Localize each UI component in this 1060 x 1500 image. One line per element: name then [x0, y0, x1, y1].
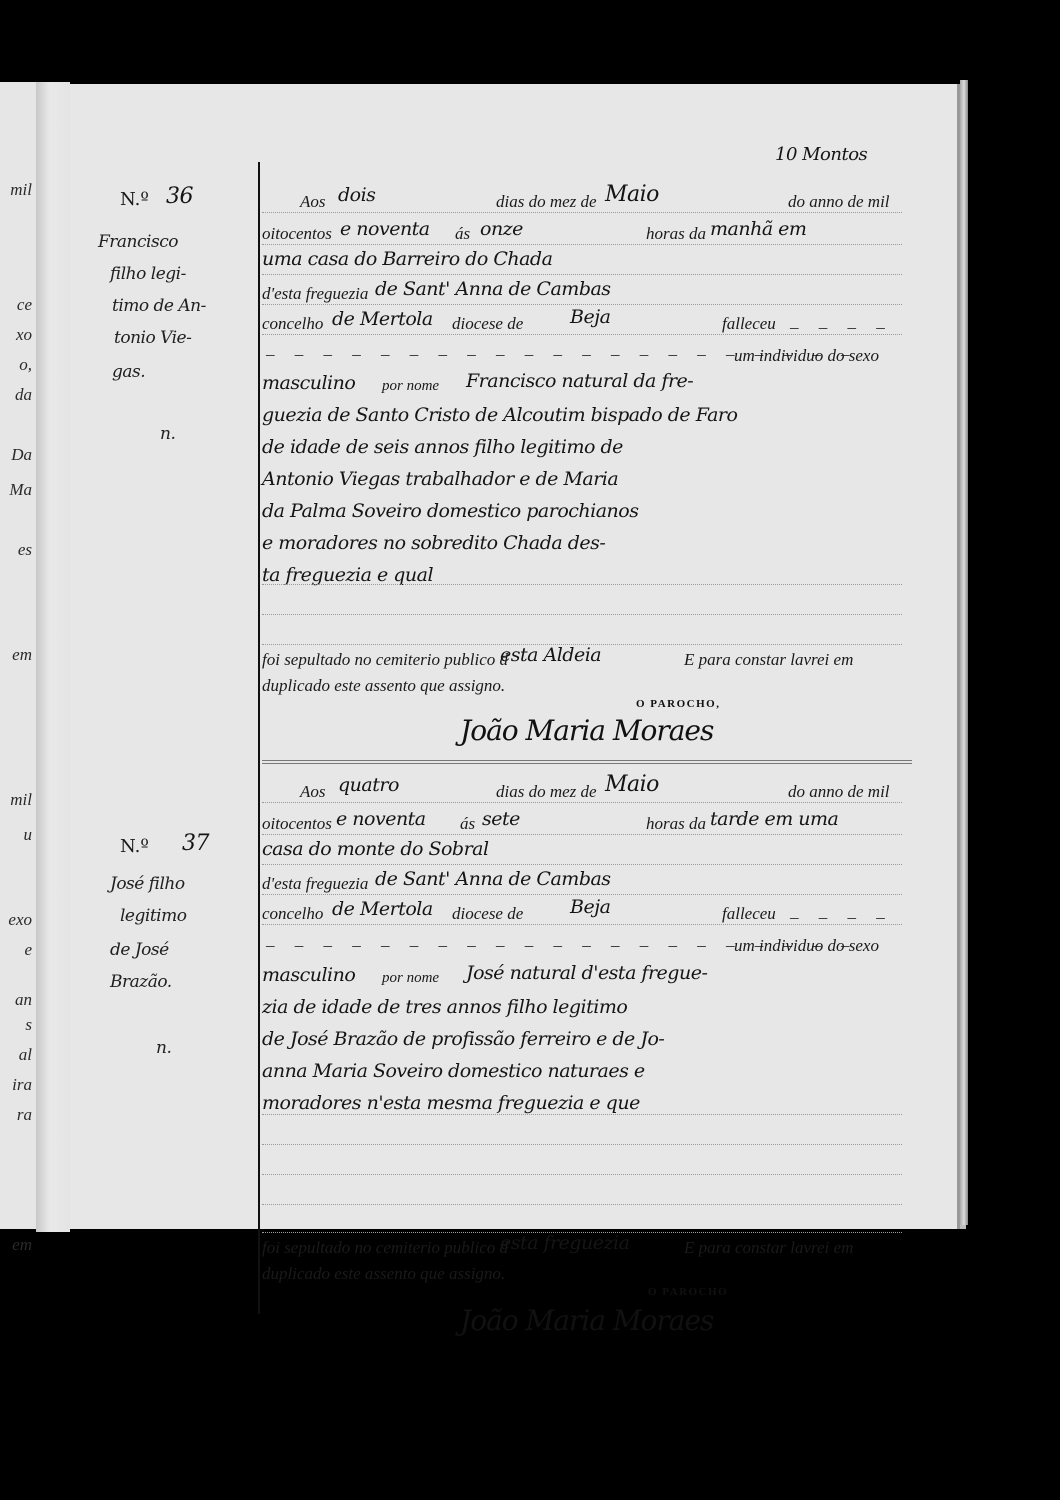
- left-page-fragment: mil: [10, 790, 32, 810]
- field-place: uma casa do Barreiro do Chada: [262, 248, 552, 270]
- margin-note-line: gas.: [112, 362, 145, 382]
- left-page-fragment: Ma: [9, 480, 32, 500]
- margin-note-line: legitimo: [120, 906, 186, 926]
- field-day: dois: [338, 184, 375, 206]
- ruled-line: [262, 864, 902, 865]
- ruled-line: [262, 274, 902, 275]
- ruled-line: [262, 212, 902, 213]
- left-facing-page: milcexoo,daDaMaesemmiluexoeansaliraraem: [0, 82, 37, 1229]
- entry-number-label: N.º: [120, 189, 149, 210]
- left-page-fragment: o,: [19, 355, 32, 375]
- left-page-fragment: em: [12, 645, 32, 665]
- printed-aos: Aos: [300, 782, 326, 802]
- register-page: 10 Montos N.º 36 Francisco filho legi- t…: [70, 84, 966, 1229]
- margin-column-line: [258, 162, 260, 1314]
- printed-falleceu: falleceu: [722, 314, 776, 334]
- printed-horas-da: horas da: [646, 814, 706, 834]
- field-diocese: Beja: [570, 306, 610, 328]
- body-line: Francisco natural da fre-: [466, 370, 693, 392]
- printed-oitocentos: oitocentos: [262, 814, 332, 834]
- printed-freguezia: d'esta freguezia: [262, 284, 368, 304]
- printed-horas-da: horas da: [646, 224, 706, 244]
- field-period: tarde em uma: [710, 808, 838, 830]
- page-edge: [960, 80, 968, 1225]
- printed-diocese: diocese de: [452, 314, 523, 334]
- ruled-line: [262, 924, 902, 925]
- field-concelho: de Mertola: [332, 898, 433, 920]
- marginal-note-top-right: 10 Montos: [775, 144, 867, 165]
- field-concelho: de Mertola: [332, 308, 433, 330]
- field-day: quatro: [338, 774, 399, 796]
- body-line: moradores n'esta mesma freguezia e que: [262, 1092, 640, 1114]
- field-month: Maio: [605, 772, 659, 797]
- ruled-line: [262, 584, 902, 585]
- field-freguezia: de Sant' Anna de Cambas: [375, 868, 611, 890]
- ruled-line: [262, 834, 902, 835]
- margin-note-line: filho legi-: [110, 264, 186, 284]
- ruled-line: [262, 304, 902, 305]
- field-month: Maio: [605, 182, 659, 207]
- signature: João Maria Moraes: [460, 1304, 713, 1337]
- printed-por-nome: por nome: [382, 970, 439, 987]
- left-page-fragment: em: [12, 1235, 32, 1255]
- ruled-line: [262, 894, 902, 895]
- ruled-line: [262, 244, 902, 245]
- left-page-fragment: da: [15, 385, 32, 405]
- body-line: José natural d'esta fregue-: [466, 962, 707, 984]
- ruled-line: [262, 334, 902, 335]
- field-place: casa do monte do Sobral: [262, 838, 489, 860]
- printed-concelho: concelho: [262, 314, 323, 334]
- printed-o-parocho: O PAROCHO: [648, 1286, 728, 1298]
- margin-note-line: tonio Vie-: [114, 328, 191, 348]
- margin-note-line: Francisco: [98, 232, 178, 252]
- ruled-line: [262, 802, 902, 803]
- ruled-line: [262, 1144, 902, 1145]
- field-period: manhã em: [710, 218, 806, 240]
- printed-individuo: um individuo do sexo: [734, 936, 879, 956]
- left-page-fragment: es: [18, 540, 32, 560]
- field-sexo: masculino: [262, 372, 355, 394]
- printed-do-anno: do anno de mil: [788, 782, 890, 802]
- body-line: zia de idade de tres annos filho legitim…: [262, 996, 627, 1018]
- printed-dias-do-mez: dias do mez de: [496, 192, 597, 212]
- margin-note-line: timo de An-: [112, 296, 206, 316]
- printed-falleceu: falleceu: [722, 904, 776, 924]
- printed-duplicado: duplicado este assento que assigno.: [262, 1264, 505, 1284]
- filler-dashes: _ _ _ _: [790, 902, 893, 922]
- ruled-line: [262, 614, 902, 615]
- signature: João Maria Moraes: [460, 714, 713, 747]
- left-page-fragment: s: [25, 1015, 32, 1035]
- printed-as: ás: [460, 814, 475, 834]
- left-page-fragment: u: [24, 825, 33, 845]
- filler-dashes: _ _ _ _: [790, 312, 893, 332]
- printed-as: ás: [455, 224, 470, 244]
- printed-foi-sepultado: foi sepultado no cemiterio publico d: [262, 650, 508, 670]
- margin-note-line: Brazão.: [110, 972, 172, 992]
- field-hour: sete: [482, 808, 520, 830]
- left-page-fragment: exo: [8, 910, 32, 930]
- left-page-fragment: ra: [17, 1105, 32, 1125]
- printed-por-nome: por nome: [382, 378, 439, 395]
- margin-note-line: de José: [110, 940, 169, 960]
- field-sexo: masculino: [262, 964, 355, 986]
- entry-number: 37: [182, 831, 209, 856]
- printed-diocese: diocese de: [452, 904, 523, 924]
- body-line: anna Maria Soveiro domestico naturaes e: [262, 1060, 645, 1082]
- printed-oitocentos: oitocentos: [262, 224, 332, 244]
- body-line: e moradores no sobredito Chada des-: [262, 532, 605, 554]
- printed-aos: Aos: [300, 192, 326, 212]
- entry-separator: [262, 760, 912, 764]
- ruled-line: [262, 1204, 902, 1205]
- field-cemetery: esta Aldeia: [500, 644, 601, 666]
- printed-e-para-constar: E para constar lavrei em: [684, 1238, 853, 1258]
- field-diocese: Beja: [570, 896, 610, 918]
- left-page-fragment: ce: [17, 295, 32, 315]
- printed-o-parocho: O PAROCHO,: [636, 698, 720, 710]
- left-page-fragment: Da: [11, 445, 32, 465]
- printed-freguezia: d'esta freguezia: [262, 874, 368, 894]
- margin-note-line: José filho: [110, 874, 185, 894]
- printed-do-anno: do anno de mil: [788, 192, 890, 212]
- field-hour: onze: [480, 218, 523, 240]
- field-freguezia: de Sant' Anna de Cambas: [375, 278, 611, 300]
- printed-e-para-constar: E para constar lavrei em: [684, 650, 853, 670]
- printed-dias-do-mez: dias do mez de: [496, 782, 597, 802]
- left-page-fragment: e: [24, 940, 32, 960]
- field-year: e noventa: [336, 808, 426, 830]
- printed-foi-sepultado: foi sepultado no cemiterio publico d: [262, 1238, 508, 1258]
- printed-individuo: um individuo do sexo: [734, 346, 879, 366]
- margin-note-line: n.: [156, 1038, 171, 1058]
- left-page-fragment: an: [15, 990, 32, 1010]
- left-page-fragment: ira: [12, 1075, 32, 1095]
- book-gutter: [36, 82, 70, 1232]
- body-line: da Palma Soveiro domestico parochianos: [262, 500, 638, 522]
- printed-concelho: concelho: [262, 904, 323, 924]
- left-page-fragment: al: [19, 1045, 32, 1065]
- entry-number-label: N.º: [120, 836, 149, 857]
- field-year: e noventa: [340, 218, 430, 240]
- printed-duplicado: duplicado este assento que assigno.: [262, 676, 505, 696]
- body-line: Antonio Viegas trabalhador e de Maria: [262, 468, 618, 490]
- body-line: ta freguezia e qual: [262, 564, 433, 586]
- left-page-fragment: xo: [16, 325, 32, 345]
- left-page-fragment: mil: [10, 180, 32, 200]
- entry-number: 36: [166, 184, 193, 209]
- field-cemetery: esta freguezia: [500, 1232, 629, 1254]
- body-line: guezia de Santo Cristo de Alcoutim bispa…: [262, 404, 737, 426]
- ruled-line: [262, 1114, 902, 1115]
- ruled-line: [262, 1174, 902, 1175]
- body-line: de José Brazão de profissão ferreiro e d…: [262, 1028, 664, 1050]
- body-line: de idade de seis annos filho legitimo de: [262, 436, 623, 458]
- margin-note-line: n.: [160, 424, 175, 444]
